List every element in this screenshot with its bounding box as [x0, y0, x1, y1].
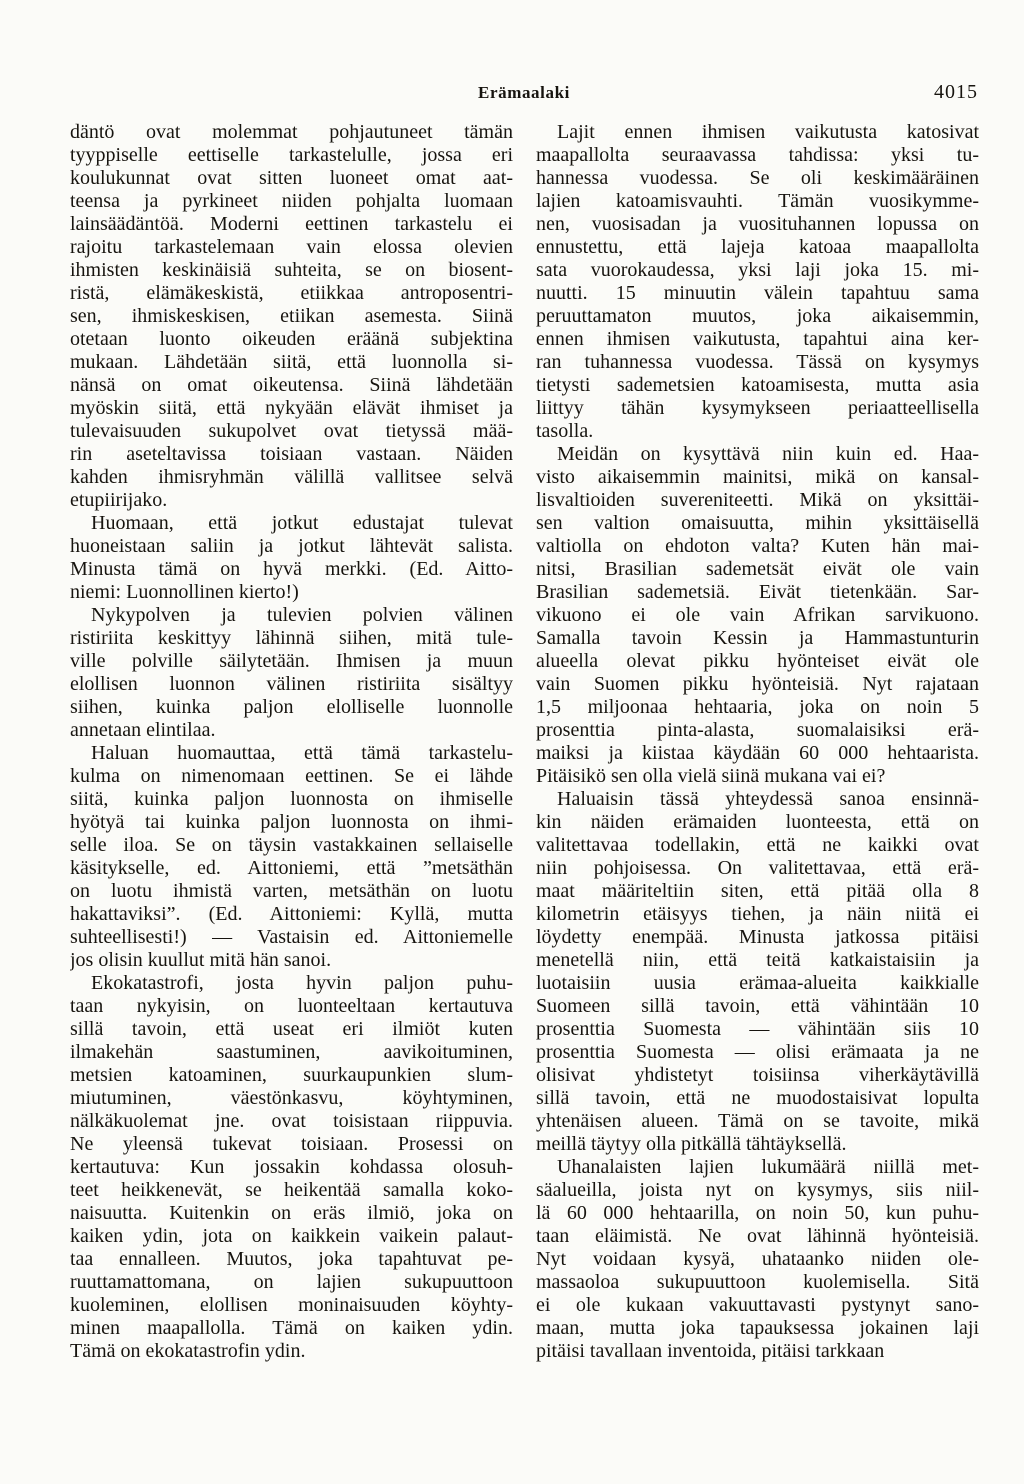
text-line: kahden ihmisryhmän välillä vallitsee sel…: [70, 466, 513, 489]
text-line: ilmakehän saastuminen, aavikoituminen,: [70, 1041, 513, 1064]
text-line: prosenttia pinta-alasta, suomalaisiksi e…: [536, 719, 979, 742]
text-line: hannessa vuodessa. Se oli keskimääräinen: [536, 167, 979, 190]
text-line: rin aseteltavissa toisiaan vastaan. Näid…: [70, 443, 513, 466]
text-line: hyötyä tai kuinka paljon luonnosta on ih…: [70, 811, 513, 834]
text-line: lä 60 000 hehtaarilla, on noin 50, kun p…: [536, 1202, 979, 1225]
text-line: Haluaisin tässä yhteydessä sanoa ensinnä…: [536, 788, 979, 811]
text-line: sillä tavoin, että ne muodostaisivat lop…: [536, 1087, 979, 1110]
text-line: ruuttamattomana, on lajien sukupuuttoon: [70, 1271, 513, 1294]
left-column: däntö ovat molemmat pohjautuneet tämänty…: [70, 121, 513, 1363]
paragraph: Haluan huomauttaa, että tämä tarkastelu-…: [70, 742, 513, 972]
text-line: etupiirijako.: [70, 489, 513, 512]
text-line: miutuminen, väestönkasvu, köyhtyminen,: [70, 1087, 513, 1110]
text-line: alueella olevat pikku hyönteiset eivät o…: [536, 650, 979, 673]
text-line: naisuutta. Kuitenkin on eräs ilmiö, joka…: [70, 1202, 513, 1225]
text-line: kertautuva: Kun jossakin kohdassa olosuh…: [70, 1156, 513, 1179]
paragraph: Ekokatastrofi, josta hyvin paljon puhu-t…: [70, 972, 513, 1363]
text-line: Pitäisikö sen olla vielä siinä mukana va…: [536, 765, 979, 788]
text-line: sillä tavoin, että useat eri ilmiöt kute…: [70, 1018, 513, 1041]
running-title: Erämaalaki: [70, 83, 978, 103]
text-line: säalueilla, joista nyt on kysymys, siis …: [536, 1179, 979, 1202]
text-line: niin pohjoisessa. On valitettavaa, että …: [536, 857, 979, 880]
text-line: tulevaisuuden sukupolvet ovat tietyssä m…: [70, 420, 513, 443]
text-line: Nyt voidaan kysyä, uhataanko niiden ole-: [536, 1248, 979, 1271]
text-line: niemi: Luonnollinen kierto!): [70, 581, 513, 604]
text-line: kin näiden erämaiden luonteesta, että on: [536, 811, 979, 834]
text-line: pitäisi tavallaan inventoida, pitäisi ta…: [536, 1340, 979, 1363]
text-line: annetaan elintilaa.: [70, 719, 513, 742]
paragraph: däntö ovat molemmat pohjautuneet tämänty…: [70, 121, 513, 512]
text-line: siitä, kuinka paljon luonnosta on ihmise…: [70, 788, 513, 811]
text-columns: däntö ovat molemmat pohjautuneet tämänty…: [70, 121, 979, 1363]
text-line: löydetty enempää. Minusta jatkossa pitäi…: [536, 926, 979, 949]
text-line: liittyy tähän kysymykseen periaatteellis…: [536, 397, 979, 420]
text-line: sata vuorokaudessa, yksi laji joka 15. m…: [536, 259, 979, 282]
text-line: käsitykselle, ed. Aittoniemi, että ”mets…: [70, 857, 513, 880]
text-line: teensa ja pyrkineet niiden pohjalta luom…: [70, 190, 513, 213]
text-line: suhteellisesti!) — Vastaisin ed. Aittoni…: [70, 926, 513, 949]
text-line: prosenttia Suomesta — olisi erämaata ja …: [536, 1041, 979, 1064]
text-line: nuutti. 15 minuutin välein tapahtuu sama: [536, 282, 979, 305]
text-line: vikuono ei ole vain Afrikan sarvikuono.: [536, 604, 979, 627]
text-line: maiksi ja kiistaa käydään 60 000 hehtaar…: [536, 742, 979, 765]
text-line: teet heikkenevät, se heikentää samalla k…: [70, 1179, 513, 1202]
text-line: hakattaviksi”. (Ed. Aittoniemi: Kyllä, m…: [70, 903, 513, 926]
text-line: otetaan luonto oikeuden eräänä subjektin…: [70, 328, 513, 351]
text-line: nen, vuosisadan ja vuosituhannen lopussa…: [536, 213, 979, 236]
text-line: Tämä on ekokatastrofin ydin.: [70, 1340, 513, 1363]
text-line: elollisen luonnon välinen ristiriita sis…: [70, 673, 513, 696]
text-line: Samalla tavoin Kessin ja Hammastunturin: [536, 627, 979, 650]
text-line: ihmisten keskinäisiä suhteita, se on bio…: [70, 259, 513, 282]
text-line: rajoitu tarkastelemaan vain elossa olevi…: [70, 236, 513, 259]
text-line: selle iloa. Se on täysin vastakkainen se…: [70, 834, 513, 857]
text-line: ran tuhannessa vuodessa. Tässä on kysymy…: [536, 351, 979, 374]
page-number: 4015: [934, 81, 978, 104]
text-line: tyyppiselle eettiselle tarkastelulle, jo…: [70, 144, 513, 167]
paragraph: Huomaan, että jotkut edustajat tulevathu…: [70, 512, 513, 604]
text-line: visto aikaisemmin mainitsi, mikä on kans…: [536, 466, 979, 489]
text-line: valtiolla on ehdoton valta? Kuten hän ma…: [536, 535, 979, 558]
text-line: prosenttia Suomesta — vähintään siis 10: [536, 1018, 979, 1041]
text-line: mukaan. Lähdetään siitä, että luonnolla …: [70, 351, 513, 374]
text-line: nälkäkuolemat jne. ovat toisistaan riipp…: [70, 1110, 513, 1133]
text-line: huoneistaan saliin ja jotkut lähtevät sa…: [70, 535, 513, 558]
text-line: jos olisin kuullut mitä hän sanoi.: [70, 949, 513, 972]
text-line: meillä täytyy olla pitkällä tähtäyksellä…: [536, 1133, 979, 1156]
text-line: yhtenäisen alueen. Tämä on se tavoite, m…: [536, 1110, 979, 1133]
text-line: Ekokatastrofi, josta hyvin paljon puhu-: [70, 972, 513, 995]
text-line: ennen ihmisen vaikutusta, tapahtui aina …: [536, 328, 979, 351]
text-line: metsien katoaminen, suurkaupunkien slum-: [70, 1064, 513, 1087]
text-line: myöskin siitä, että nykyään elävät ihmis…: [70, 397, 513, 420]
text-line: lisvaltioiden suvereniteetti. Mikä on yk…: [536, 489, 979, 512]
paragraph: Uhanalaisten lajien lukumäärä niillä met…: [536, 1156, 979, 1363]
text-line: Brasilian sademetsiä. Eivät tietenkään. …: [536, 581, 979, 604]
text-line: Nykypolven ja tulevien polvien välinen: [70, 604, 513, 627]
text-line: massaoloa sukupuuttoon kuolemisella. Sit…: [536, 1271, 979, 1294]
text-line: ei ole kukaan vakuuttavasti pystynyt san…: [536, 1294, 979, 1317]
text-line: sen, ihmiskeskisen, etiikan asemesta. Si…: [70, 305, 513, 328]
text-line: Suomeen sillä tavoin, että vähintään 10: [536, 995, 979, 1018]
text-line: kuoleminen, elollisen moninaisuuden köyh…: [70, 1294, 513, 1317]
text-line: valitettavaa todellakin, että ne kaikki …: [536, 834, 979, 857]
text-line: Huomaan, että jotkut edustajat tulevat: [70, 512, 513, 535]
text-line: koulukunnat ovat sitten luoneet omat aat…: [70, 167, 513, 190]
text-line: ristiriita keskittyy lähinnä siihen, mit…: [70, 627, 513, 650]
text-line: ville polville säilytetään. Ihmisen ja m…: [70, 650, 513, 673]
paragraph: Lajit ennen ihmisen vaikutusta katosivat…: [536, 121, 979, 443]
text-line: lajien katoamisvauhti. Tämän vuosikymme-: [536, 190, 979, 213]
text-line: taa ennalleen. Muutos, joka tapahtuvat p…: [70, 1248, 513, 1271]
text-line: luotaisiin uusia erämaa-alueita kaikkial…: [536, 972, 979, 995]
text-line: kulma on nimenomaan eettinen. Se ei lähd…: [70, 765, 513, 788]
text-line: Uhanalaisten lajien lukumäärä niillä met…: [536, 1156, 979, 1179]
text-line: Lajit ennen ihmisen vaikutusta katosivat: [536, 121, 979, 144]
text-line: ristä, elämäkeskistä, etiikkaa antropose…: [70, 282, 513, 305]
text-line: maat määriteltiin siten, että pitää olla…: [536, 880, 979, 903]
text-line: 1,5 miljoonaa hehtaaria, joka on noin 5: [536, 696, 979, 719]
page-header: Erämaalaki 4015: [70, 81, 978, 107]
text-line: Ne yleensä tukevat toisiaan. Prosessi on: [70, 1133, 513, 1156]
text-line: on luotu ihmistä varten, metsäthän on lu…: [70, 880, 513, 903]
text-line: kaiken ydin, jota on kaikkein vaikein pa…: [70, 1225, 513, 1248]
text-line: olisivat yhdistetyt toisiinsa viherkäytä…: [536, 1064, 979, 1087]
text-line: Haluan huomauttaa, että tämä tarkastelu-: [70, 742, 513, 765]
right-column: Lajit ennen ihmisen vaikutusta katosivat…: [536, 121, 979, 1363]
text-line: peruuttamaton muutos, joka aikaisemmin,: [536, 305, 979, 328]
text-line: däntö ovat molemmat pohjautuneet tämän: [70, 121, 513, 144]
text-line: Meidän on kysyttävä niin kuin ed. Haa-: [536, 443, 979, 466]
text-line: menetellä niin, että teitä katkaistaisii…: [536, 949, 979, 972]
paragraph: Haluaisin tässä yhteydessä sanoa ensinnä…: [536, 788, 979, 1156]
text-line: taan eläimistä. Ne ovat lähinnä hyönteis…: [536, 1225, 979, 1248]
text-line: maapallolta seuraavassa tahdissa: yksi t…: [536, 144, 979, 167]
text-line: minen maapallolla. Tämä on kaiken ydin.: [70, 1317, 513, 1340]
text-line: lainsäädäntöä. Moderni eettinen tarkaste…: [70, 213, 513, 236]
text-line: taan nykyisin, on luonteeltaan kertautuv…: [70, 995, 513, 1018]
text-line: Minusta tämä on hyvä merkki. (Ed. Aitto-: [70, 558, 513, 581]
text-line: ennustettu, että lajeja katoaa maapallol…: [536, 236, 979, 259]
text-line: sen valtion omaisuutta, mihin yksittäise…: [536, 512, 979, 535]
text-line: maan, mutta joka tapauksessa jokainen la…: [536, 1317, 979, 1340]
text-line: siihen, kuinka paljon elolliselle luonno…: [70, 696, 513, 719]
text-line: tasolla.: [536, 420, 979, 443]
text-line: nitsi, Brasilian sademetsät eivät ole va…: [536, 558, 979, 581]
text-line: kilometrin etäisyys tiehen, ja näin niit…: [536, 903, 979, 926]
paragraph: Nykypolven ja tulevien polvien välinenri…: [70, 604, 513, 742]
text-line: vain Suomen pikku hyönteisiä. Nyt rajata…: [536, 673, 979, 696]
paragraph: Meidän on kysyttävä niin kuin ed. Haa-vi…: [536, 443, 979, 788]
document-page: Erämaalaki 4015 däntö ovat molemmat pohj…: [0, 0, 1024, 1484]
text-line: tietysti sademetsien katoamisesta, mutta…: [536, 374, 979, 397]
text-line: nänsä on omat oikeutensa. Siinä lähdetää…: [70, 374, 513, 397]
